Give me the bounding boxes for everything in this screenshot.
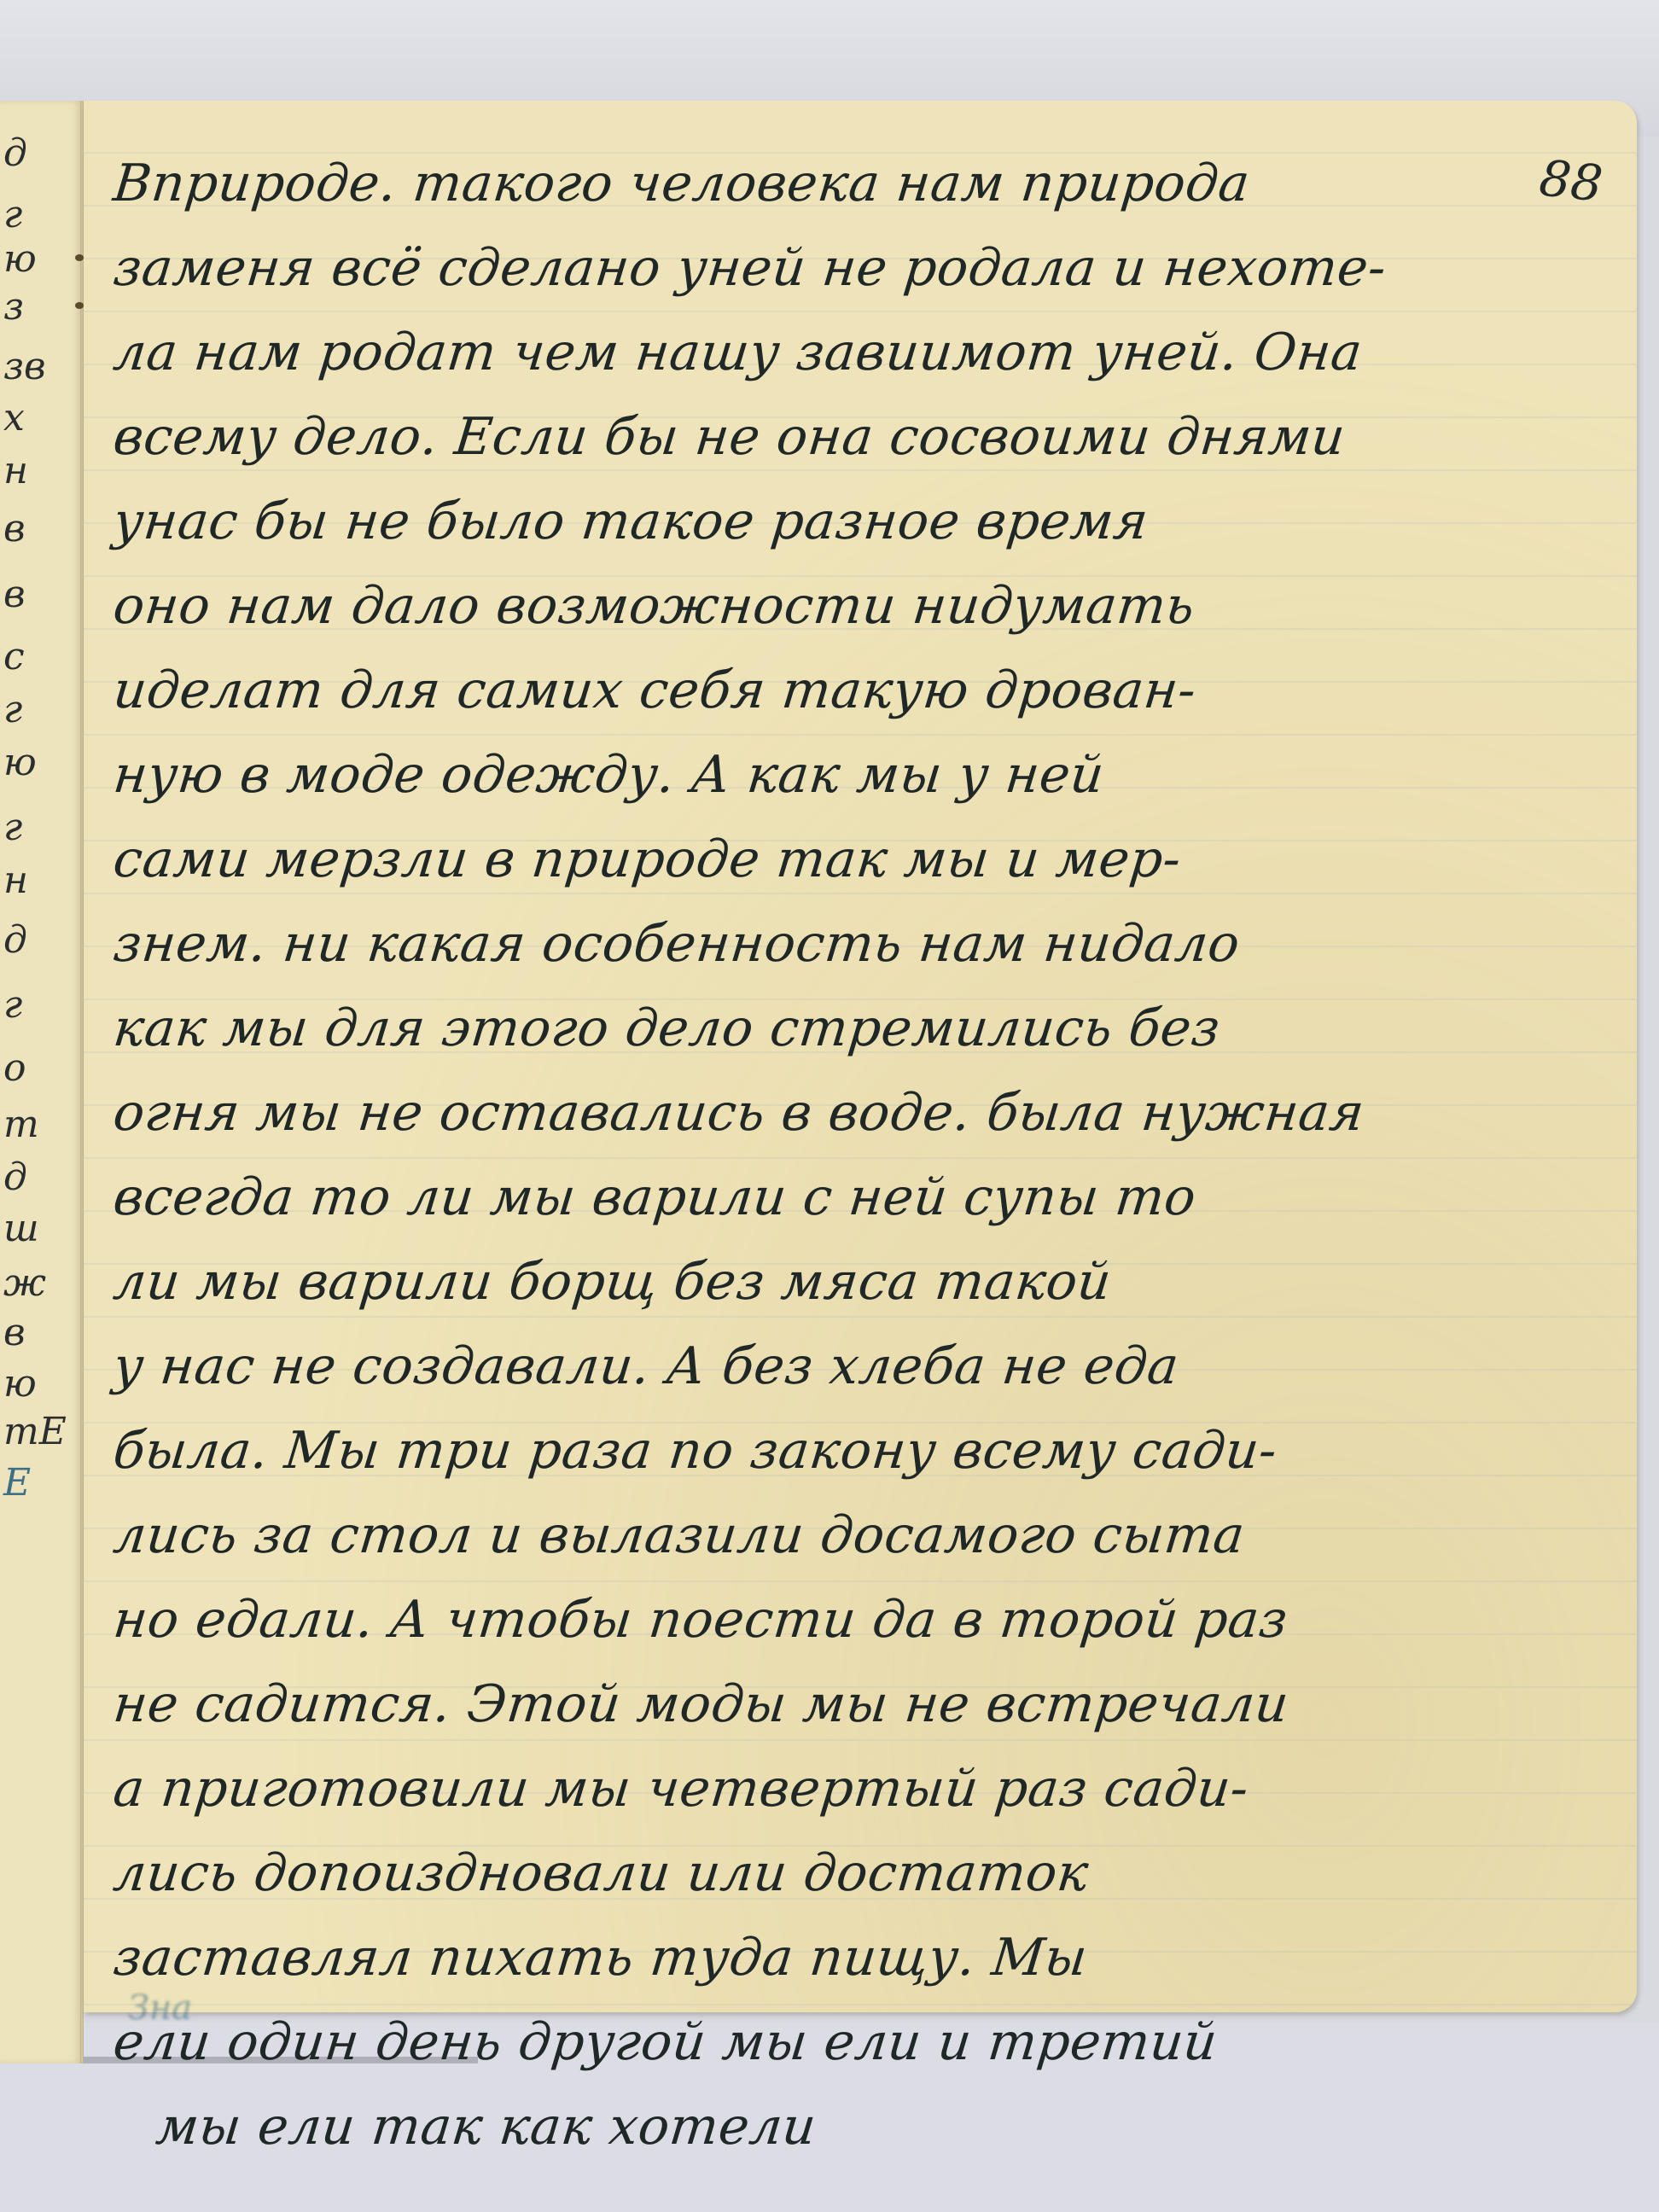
margin-fragment: зв bbox=[3, 348, 46, 386]
text-line: была. Мы три раза по закону всему сади- bbox=[109, 1409, 1586, 1493]
text-line: иделат для самих себя такую дрован- bbox=[109, 649, 1586, 733]
margin-fragment: с bbox=[3, 638, 25, 676]
text-line: а приготовили мы четвертый раз сади- bbox=[109, 1747, 1586, 1831]
handwritten-text-block: Вприроде. такого человека нам природазам… bbox=[109, 142, 1577, 2169]
margin-fragment: г bbox=[3, 196, 22, 234]
text-line: оно нам дало возможности нидумать bbox=[109, 564, 1586, 649]
margin-fragment: н bbox=[3, 862, 28, 899]
text-line: ла нам родат чем нашу завиимот уней. Она bbox=[109, 311, 1586, 395]
margin-fragment: ш bbox=[3, 1210, 39, 1248]
previous-page-edge: дгюззвхнввсгюгндготдшжвютЕЕ bbox=[0, 101, 83, 2064]
text-line: не садится. Этой моды мы не встречали bbox=[109, 1662, 1586, 1747]
text-line: у нас не создавали. А без хлеба не еда bbox=[109, 1324, 1586, 1409]
text-line: огня мы не оставались в воде. была нужна… bbox=[109, 1071, 1586, 1155]
text-line: заменя всё сделано уней не родала и нехо… bbox=[109, 226, 1586, 311]
text-line: всему дело. Если бы не она сосвоими дням… bbox=[109, 395, 1586, 480]
text-line: ли мы варили борщ без мяса такой bbox=[109, 1240, 1586, 1324]
text-line: лись за стол и вылазили досамого сыта bbox=[109, 1493, 1586, 1578]
staple-hole bbox=[75, 254, 84, 261]
text-line: всегда то ли мы варили с ней супы то bbox=[109, 1155, 1586, 1240]
margin-fragment: д bbox=[3, 135, 27, 172]
notebook-page: 88 Вприроде. такого человека нам природа… bbox=[84, 101, 1637, 2012]
text-line: но едали. А чтобы поести да в торой раз bbox=[109, 1578, 1586, 1662]
margin-fragment: в bbox=[3, 576, 26, 614]
text-line: унас бы не было такое разное время bbox=[109, 480, 1586, 564]
text-line: лись допоиздновали или достаток bbox=[109, 1831, 1586, 1916]
margin-fragment: в bbox=[3, 510, 26, 548]
margin-fragment: г bbox=[3, 691, 22, 729]
margin-fragment: т bbox=[3, 1106, 39, 1144]
margin-fragment: з bbox=[3, 288, 24, 326]
text-line: мы ели так как хотели bbox=[109, 2085, 1586, 2169]
text-line: ную в моде одежду. А как мы у ней bbox=[109, 733, 1586, 818]
staple-hole bbox=[75, 302, 84, 309]
text-line: как мы для этого дело стремились без bbox=[109, 987, 1586, 1071]
text-line: знем. ни какая особенность нам нидало bbox=[109, 902, 1586, 987]
margin-fragment: ю bbox=[3, 744, 37, 782]
margin-fragment: н bbox=[3, 452, 28, 490]
text-line: сами мерзли в природе так мы и мер- bbox=[109, 818, 1586, 902]
margin-fragment: г bbox=[3, 987, 22, 1024]
margin-fragment: Е bbox=[3, 1464, 31, 1502]
text-line: Вприроде. такого человека нам природа bbox=[109, 142, 1586, 226]
margin-fragment: в bbox=[3, 1314, 26, 1352]
margin-fragment: д bbox=[3, 922, 27, 959]
text-line: заставлял пихать туда пищу. Мы bbox=[109, 1916, 1586, 2000]
margin-fragment: тЕ bbox=[3, 1413, 67, 1451]
text-line: ели один день другой мы ели и третий bbox=[109, 2000, 1586, 2085]
margin-fragment: о bbox=[3, 1050, 26, 1087]
margin-fragment: ю bbox=[3, 241, 37, 278]
margin-fragment: ю bbox=[3, 1365, 37, 1403]
margin-fragment: д bbox=[3, 1159, 27, 1196]
ink-smudge: Зна bbox=[128, 1988, 192, 2028]
margin-fragment: г bbox=[3, 809, 22, 847]
margin-fragment: ж bbox=[3, 1265, 46, 1302]
margin-fragment: х bbox=[3, 399, 25, 437]
